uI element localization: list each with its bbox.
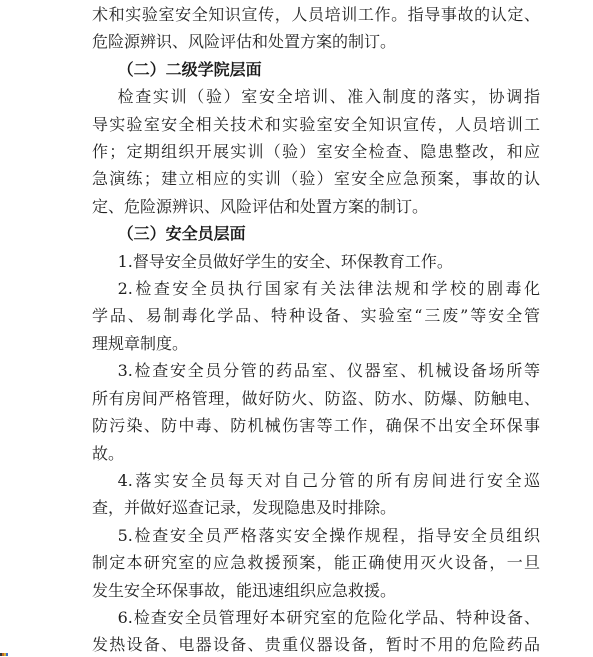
paragraph: 4.落实安全员每天对自己分管的所有房间进行安全巡查，并做好巡查记录，发现隐患及时…	[92, 467, 540, 522]
text-line: 4.落实安全员每天对自己分管的所有房间进行安全巡	[92, 467, 540, 494]
text-line: （二）二级学院层面	[92, 56, 540, 83]
text-line: 理规章制度。	[92, 330, 540, 357]
text-line: 学品、易制毒化学品、特种设备、实验室“三废”等安全管	[92, 302, 540, 329]
paragraph: 6.检查安全员管理好本研究室的危险化学品、特种设备、发热设备、电器设备、贵重仪器…	[92, 604, 540, 657]
text-line: 危险源辨识、风险评估和处置方案的制订。	[92, 28, 540, 55]
text-line: 3.检查安全员分管的药品室、仪器室、机械设备场所等	[92, 357, 540, 384]
paragraph: 5.检查安全员严格落实安全操作规程，指导安全员组织制定本研究室的应急救援预案，能…	[92, 522, 540, 604]
text-line: 作；定期组织开展实训（验）室安全检查、隐患整改，和应	[92, 138, 540, 165]
section-heading: （二）二级学院层面	[92, 56, 540, 83]
text-line: 2.检查安全员执行国家有关法律法规和学校的剧毒化	[92, 275, 540, 302]
text-line: 6.检查安全员管理好本研究室的危险化学品、特种设备、	[92, 604, 540, 631]
text-line: 查，并做好巡查记录，发现隐患及时排除。	[92, 494, 540, 521]
section-heading: （三）安全员层面	[92, 220, 540, 247]
text-line: 检查实训（验）室安全培训、准入制度的落实，协调指	[92, 83, 540, 110]
paragraph: 检查实训（验）室安全培训、准入制度的落实，协调指导实验室安全相关技术和实验室安全…	[92, 83, 540, 220]
text-line: 防污染、防中毒、防机械伤害等工作，确保不出安全环保事	[92, 412, 540, 439]
text-line: 制定本研究室的应急救援预案，能正确使用灭火设备，一旦	[92, 549, 540, 576]
paragraph: 3.检查安全员分管的药品室、仪器室、机械设备场所等所有房间严格管理，做好防火、防…	[92, 357, 540, 467]
paragraph: 术和实验室安全知识宣传，人员培训工作。指导事故的认定、危险源辨识、风险评估和处置…	[92, 1, 540, 56]
text-line: （三）安全员层面	[92, 220, 540, 247]
text-line: 1.督导安全员做好学生的安全、环保教育工作。	[92, 248, 540, 275]
paragraph: 1.督导安全员做好学生的安全、环保教育工作。	[92, 248, 540, 275]
document-page: 术和实验室安全知识宣传，人员培训工作。指导事故的认定、危险源辨识、风险评估和处置…	[0, 0, 593, 657]
text-line: 定、危险源辨识、风险评估和处置方案的制订。	[92, 193, 540, 220]
corner-artifact	[0, 653, 8, 656]
text-line: 急演练；建立相应的实训（验）室安全应急预案，事故的认	[92, 165, 540, 192]
text-line: 导实验室安全相关技术和实验室安全知识宣传，人员培训工	[92, 111, 540, 138]
text-line: 所有房间严格管理，做好防火、防盗、防水、防爆、防触电、	[92, 385, 540, 412]
text-line: 故。	[92, 440, 540, 467]
text-line: 发生安全环保事故，能迅速组织应急救援。	[92, 577, 540, 604]
text-line: 发热设备、电器设备、贵重仪器设备，暂时不用的危险药品	[92, 631, 540, 657]
text-line: 5.检查安全员严格落实安全操作规程，指导安全员组织	[92, 522, 540, 549]
text-line: 术和实验室安全知识宣传，人员培训工作。指导事故的认定、	[92, 1, 540, 28]
document-body: 术和实验室安全知识宣传，人员培训工作。指导事故的认定、危险源辨识、风险评估和处置…	[92, 1, 540, 657]
artifact-pixel	[6, 653, 8, 656]
paragraph: 2.检查安全员执行国家有关法律法规和学校的剧毒化学品、易制毒化学品、特种设备、实…	[92, 275, 540, 357]
